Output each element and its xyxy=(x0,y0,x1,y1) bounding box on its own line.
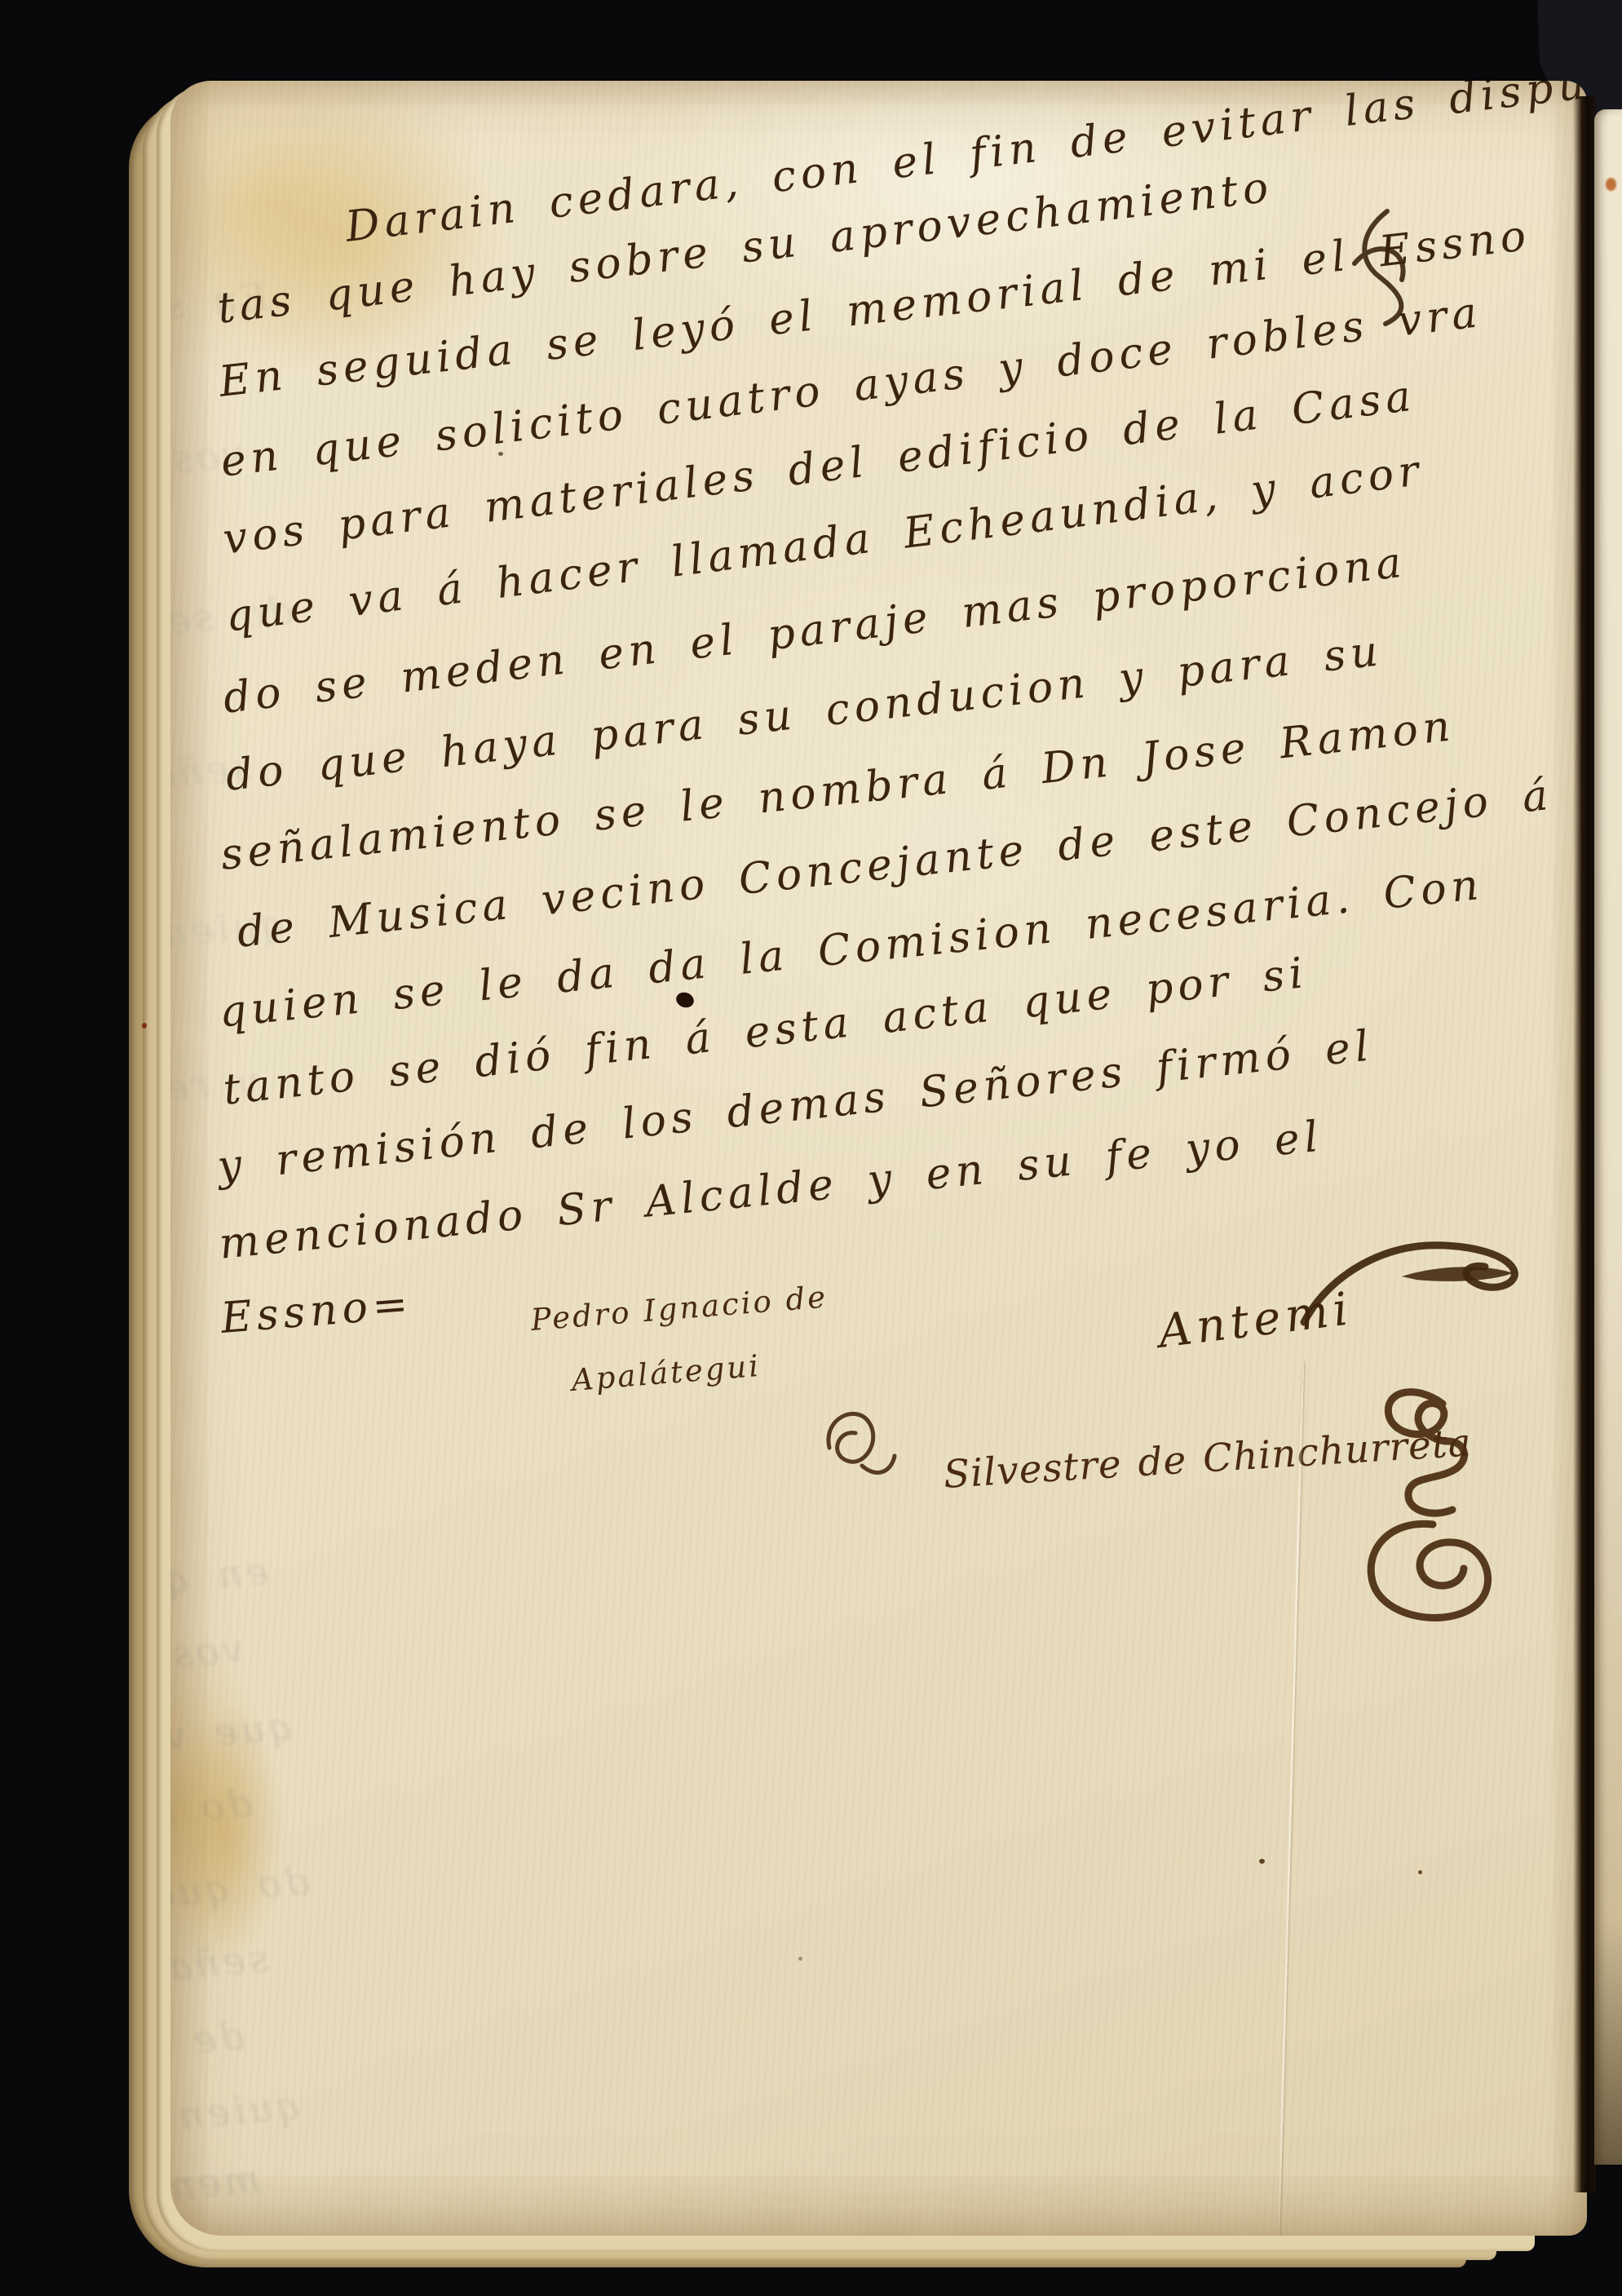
paper-speck xyxy=(1418,1870,1422,1874)
red-ink-speck-page-edge xyxy=(142,1023,147,1029)
facing-page-edge xyxy=(1594,109,1622,2165)
manuscript-page: En seguida se leyó el memorial de mi el … xyxy=(170,81,1587,2236)
escribano-rubric-flourish xyxy=(815,1394,904,1492)
book-gutter xyxy=(1573,96,1596,2192)
manuscript-photograph: En seguida se leyó el memorial de mi el … xyxy=(0,0,1622,2296)
paper-speck xyxy=(498,452,503,456)
signature-escribano-name-line1: Pedro Ignacio de xyxy=(529,1279,829,1337)
paper-speck xyxy=(1157,847,1161,852)
signature-escribano-name-line2: Apalátegui xyxy=(570,1348,762,1398)
paper-speck xyxy=(1259,1859,1265,1864)
paper-crease-line xyxy=(1277,1361,1305,2236)
alcalde-rubric-flourish xyxy=(1338,1381,1493,1650)
manuscript-text-line: Essno= xyxy=(219,1280,415,1343)
scribe-flourish-mark xyxy=(1337,203,1426,334)
ink-blot xyxy=(674,990,696,1010)
paper-speck xyxy=(798,1957,802,1961)
facing-page-stain xyxy=(1606,178,1616,191)
ante-mi-swash-flourish xyxy=(1279,1231,1524,1329)
